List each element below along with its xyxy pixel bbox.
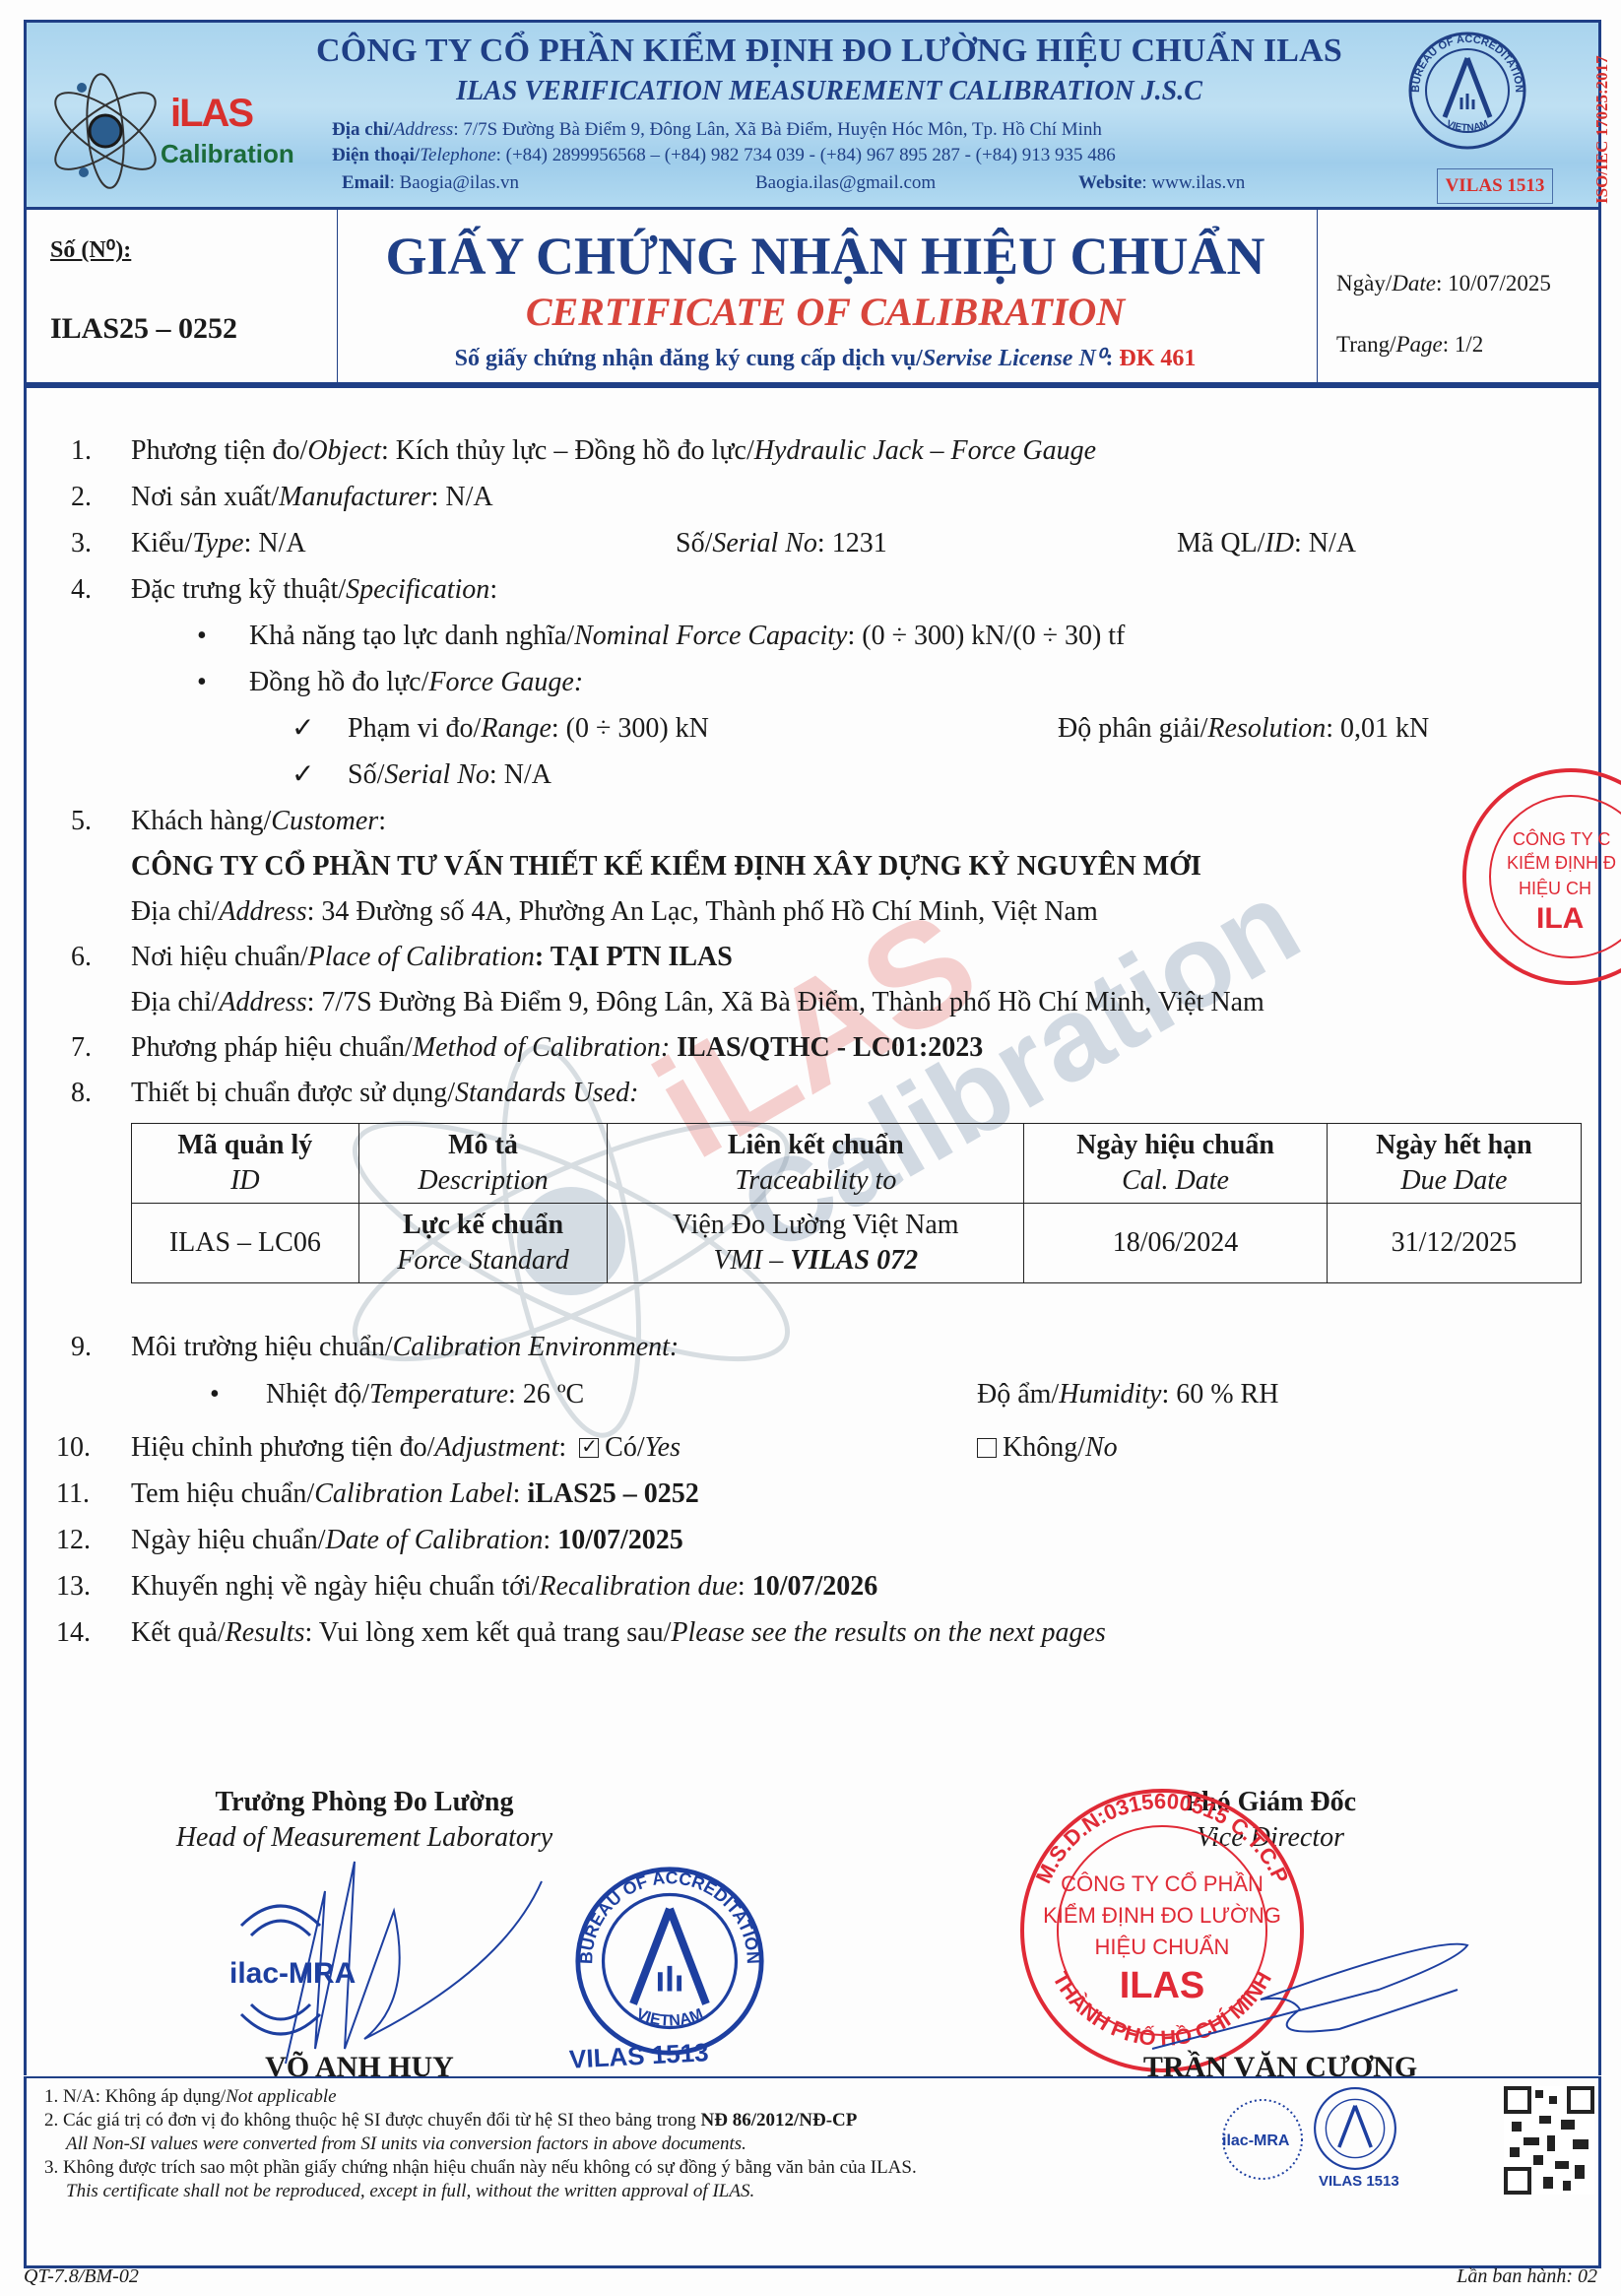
certificate-date: Ngày/Date: 10/07/2025 — [1336, 271, 1551, 296]
footer-vilas: VILAS 1513 — [1319, 2173, 1399, 2190]
table-header-row: Mã quản lýID Mô tảDescription Liên kết c… — [132, 1124, 1582, 1204]
bureau-of-accreditation-footer-icon — [1313, 2086, 1397, 2171]
svg-text:CÔNG TY C: CÔNG TY C — [1513, 828, 1610, 849]
svg-text:KIỂM ĐỊNH Đ: KIỂM ĐỊNH Đ — [1507, 852, 1616, 873]
left-signer-title: Trưởng Phòng Đo Lường Head of Measuremen… — [108, 1787, 620, 1854]
standards-table: Mã quản lýID Mô tảDescription Liên kết c… — [131, 1123, 1582, 1283]
svg-text:VIETNAM: VIETNAM — [1445, 118, 1490, 134]
note-2-en: All Non-SI values were converted from SI… — [66, 2133, 746, 2155]
company-address: Địa chỉ/Address: 7/7S Đường Bà Điểm 9, Đ… — [332, 119, 1102, 141]
company-stamp-icon: CÔNG TY C KIỂM ĐỊNH Đ HIỆU CH ILA — [1458, 758, 1621, 995]
note-3-en: This certificate shall not be reproduced… — [66, 2181, 754, 2202]
iso-standard-label: ISO/IEC 17025:2017 — [1592, 36, 1612, 204]
footer-notes: 1. N/A: Không áp dụng/Not applicable 2. … — [24, 2076, 1601, 2268]
checkmark-icon: ✓ — [581, 1431, 598, 1463]
svg-text:HIỆU CH: HIỆU CH — [1519, 879, 1591, 898]
adjustment-yes-checkbox[interactable]: ✓ — [579, 1438, 599, 1458]
svg-text:ILA: ILA — [1536, 902, 1584, 935]
bureau-of-accreditation-seal-icon: BUREAU OF ACCREDITATION VIETNAM — [573, 1865, 766, 2058]
certificate-number: ILAS25 – 0252 — [50, 312, 237, 346]
company-phone: Điện thoại/Telephone: (+84) 2899956568 –… — [332, 145, 1116, 166]
note-3: 3. Không được trích sao một phần giấy ch… — [44, 2157, 917, 2179]
title-vn: GIẤY CHỨNG NHẬN HIỆU CHUẨN — [338, 226, 1313, 287]
signature-left — [246, 1852, 561, 2078]
svg-text:ilac-MRA: ilac-MRA — [1222, 2132, 1290, 2149]
company-website[interactable]: Website: www.ilas.vn — [1078, 172, 1245, 194]
bullet-icon: • — [197, 667, 207, 698]
svg-text:VIETNAM: VIETNAM — [633, 2005, 705, 2030]
company-email-1[interactable]: Email: Baogia@ilas.vn — [342, 172, 519, 194]
company-name-en: ILAS VERIFICATION MEASUREMENT CALIBRATIO… — [224, 76, 1435, 107]
vilas-badge: VILAS 1513 — [1437, 168, 1553, 204]
bullet-icon: • — [210, 1379, 220, 1410]
certificate-title-band: Số (N⁰): ILAS25 – 0252 GIẤY CHỨNG NHẬN H… — [24, 207, 1601, 388]
certificate-number-label: Số (N⁰): — [50, 235, 131, 264]
letterhead: iLAS Calibration CÔNG TY CỔ PHẦN KIỂM ĐỊ… — [24, 20, 1601, 210]
col-id: Mã quản lýID — [132, 1124, 359, 1204]
service-license: Số giấy chứng nhận đăng ký cung cấp dịch… — [338, 344, 1313, 372]
issue-number: Lần ban hành: 02 — [1457, 2265, 1597, 2288]
atom-icon — [44, 70, 172, 188]
col-cal-date: Ngày hiệu chuẩnCal. Date — [1024, 1124, 1328, 1204]
bureau-of-accreditation-seal-icon: BUREAU OF ACCREDITATION VIETNAM — [1407, 31, 1527, 151]
col-description: Mô tảDescription — [358, 1124, 608, 1204]
qr-code-icon[interactable] — [1504, 2086, 1594, 2195]
page-indicator: Trang/Page: 1/2 — [1336, 332, 1483, 358]
col-traceability: Liên kết chuẩnTraceability to — [608, 1124, 1024, 1204]
form-code: QT-7.8/BM-02 — [24, 2265, 139, 2288]
note-2: 2. Các giá trị có đơn vị đo không thuộc … — [44, 2110, 857, 2132]
company-email-2[interactable]: Baogia.ilas@gmail.com — [755, 172, 936, 194]
checkmark-icon: ✓ — [292, 713, 314, 745]
checkmark-icon: ✓ — [292, 759, 314, 791]
company-name-vn: CÔNG TY CỔ PHẦN KIỂM ĐỊNH ĐO LƯỜNG HIỆU … — [224, 33, 1435, 70]
ilac-mra-footer-icon: ilac-MRA — [1218, 2092, 1307, 2191]
svg-text:CÔNG TY CỔ PHẦN: CÔNG TY CỔ PHẦN — [1061, 1871, 1264, 1896]
signature-right — [1142, 1901, 1497, 2059]
bullet-icon: • — [197, 621, 207, 652]
title-en: CERTIFICATE OF CALIBRATION — [338, 289, 1313, 335]
adjustment-no-checkbox[interactable] — [977, 1438, 997, 1458]
col-due-date: Ngày hết hạnDue Date — [1327, 1124, 1581, 1204]
logo-sub: Calibration — [161, 139, 294, 169]
note-1: 1. N/A: Không áp dụng/Not applicable — [44, 2086, 337, 2108]
table-row: ILAS – LC06 Lực kế chuẩnForce Standard V… — [132, 1204, 1582, 1283]
